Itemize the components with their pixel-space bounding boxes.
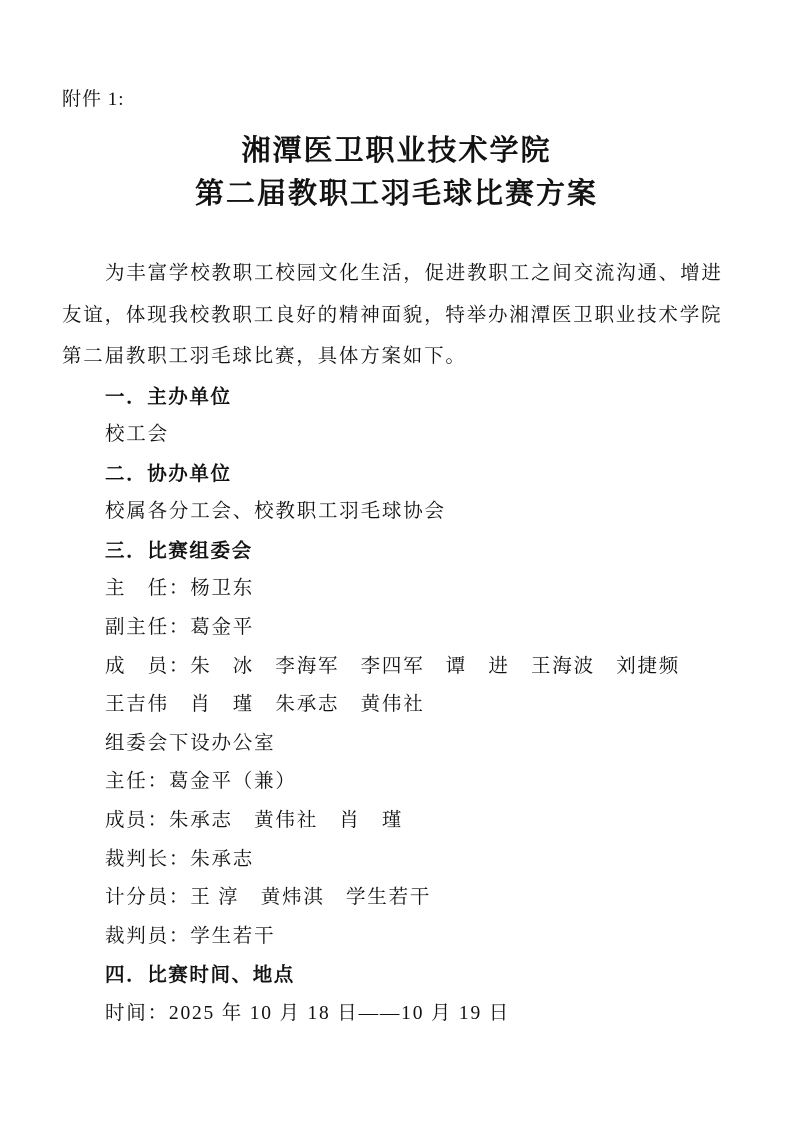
section-line: 主 任：杨卫东 [62, 570, 731, 609]
section-heading-time-place: 四．比赛时间、地点 [62, 956, 731, 995]
section-host-unit: 一．主办单位 校工会 [62, 378, 731, 455]
intro-line: 为丰富学校教职工校园文化生活，促进教职工之间交流沟通、增进 [62, 253, 731, 295]
section-line: 王吉伟 肖 瑾 朱承志 黄伟社 [62, 686, 731, 725]
section-line: 校工会 [62, 416, 731, 455]
section-line: 校属各分工会、校教职工羽毛球协会 [62, 493, 731, 532]
section-line: 成 员：朱 冰 李海军 李四军 谭 进 王海波 刘捷频 [62, 648, 731, 687]
section-organizing-committee: 三．比赛组委会 主 任：杨卫东 副主任：葛金平 成 员：朱 冰 李海军 李四军 … [62, 532, 731, 957]
document-title-line-1: 湘潭医卫职业技术学院 [62, 130, 731, 173]
section-line: 主任：葛金平（兼） [62, 763, 731, 802]
section-heading-co-organizer: 二．协办单位 [62, 455, 731, 494]
section-time-place: 四．比赛时间、地点 时间：2025 年 10 月 18 日——10 月 19 日 [62, 956, 731, 1033]
intro-paragraph: 为丰富学校教职工校园文化生活，促进教职工之间交流沟通、增进 友谊，体现我校教职工… [62, 253, 731, 378]
section-line: 组委会下设办公室 [62, 725, 731, 764]
section-line: 计分员：王 淳 黄炜淇 学生若干 [62, 879, 731, 918]
section-line: 裁判员：学生若干 [62, 918, 731, 957]
document-title: 湘潭医卫职业技术学院 第二届教职工羽毛球比赛方案 [62, 130, 731, 216]
section-heading-host-unit: 一．主办单位 [62, 378, 731, 417]
attachment-label: 附件 1: [62, 86, 731, 114]
section-heading-organizing-committee: 三．比赛组委会 [62, 532, 731, 571]
section-line: 时间：2025 年 10 月 18 日——10 月 19 日 [62, 995, 731, 1034]
document-title-line-2: 第二届教职工羽毛球比赛方案 [62, 173, 731, 216]
section-co-organizer: 二．协办单位 校属各分工会、校教职工羽毛球协会 [62, 455, 731, 532]
document-sections: 一．主办单位 校工会 二．协办单位 校属各分工会、校教职工羽毛球协会 三．比赛组… [62, 378, 731, 1034]
document-page: 附件 1: 湘潭医卫职业技术学院 第二届教职工羽毛球比赛方案 为丰富学校教职工校… [0, 0, 793, 1122]
section-line: 副主任：葛金平 [62, 609, 731, 648]
section-line: 裁判长：朱承志 [62, 841, 731, 880]
intro-line: 第二届教职工羽毛球比赛，具体方案如下。 [62, 336, 731, 378]
intro-line: 友谊，体现我校教职工良好的精神面貌，特举办湘潭医卫职业技术学院 [62, 295, 731, 337]
section-line: 成员：朱承志 黄伟社 肖 瑾 [62, 802, 731, 841]
